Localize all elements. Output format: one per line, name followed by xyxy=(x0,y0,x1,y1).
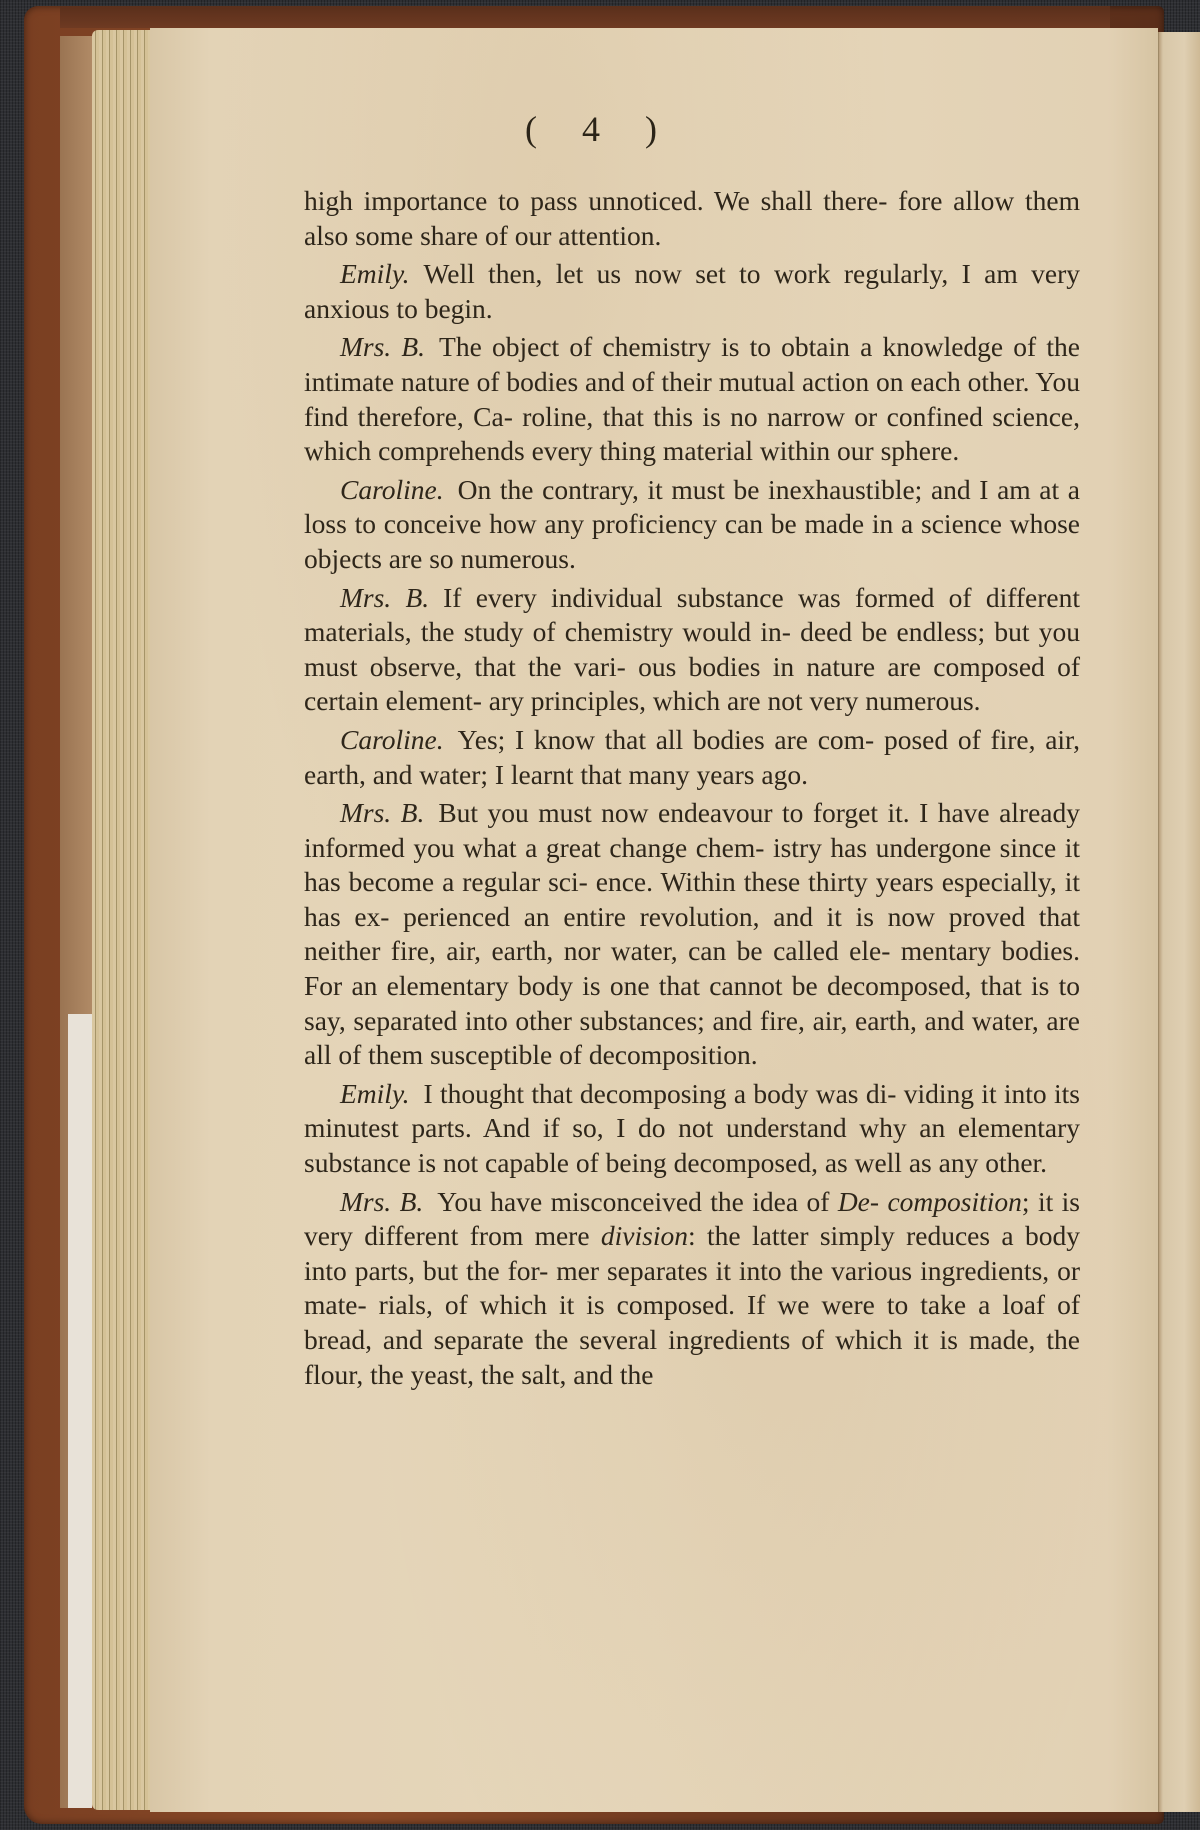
dialogue-paragraph: Caroline.On the contrary, it must be ine… xyxy=(304,473,1080,577)
speaker-label: Caroline. xyxy=(340,474,444,505)
speaker-label: Mrs. B. xyxy=(340,331,425,362)
paper-slip xyxy=(68,1014,92,1808)
speaker-label: Caroline. xyxy=(340,724,444,755)
dialogue-paragraph: Mrs. B.If every individual substance was… xyxy=(304,581,1080,719)
dialogue-paragraph: Mrs. B.You have misconceived the idea of… xyxy=(304,1185,1080,1393)
page-body: high importance to pass unnoticed. We sh… xyxy=(304,184,1080,1396)
book-cover-top-edge xyxy=(60,6,1110,28)
speaker-label: Mrs. B. xyxy=(340,797,424,828)
paragraph-text: I thought that decomposing a body was di… xyxy=(304,1078,1080,1178)
speaker-label: Emily. xyxy=(340,1078,410,1109)
paragraph-text: high importance to pass unnoticed. We sh… xyxy=(304,185,1080,251)
dialogue-paragraph: Mrs. B.The object of chemistry is to obt… xyxy=(304,330,1080,468)
page-number: ( 4 ) xyxy=(0,108,1200,150)
paragraph-continuation: high importance to pass unnoticed. We sh… xyxy=(304,184,1080,253)
dialogue-paragraph: Mrs. B.But you must now endeavour to for… xyxy=(304,796,1080,1073)
paragraph-text: Well then, let us now set to work regula… xyxy=(304,258,1080,324)
dialogue-paragraph: Emily.Well then, let us now set to work … xyxy=(304,257,1080,326)
dialogue-paragraph: Caroline.Yes; I know that all bodies are… xyxy=(304,723,1080,792)
speaker-label: Emily. xyxy=(340,258,410,289)
speaker-label: Mrs. B. xyxy=(340,582,429,613)
dialogue-paragraph: Emily.I thought that decomposing a body … xyxy=(304,1077,1080,1181)
paragraph-text: But you must now endeavour to forget it.… xyxy=(304,797,1080,1070)
speaker-label: Mrs. B. xyxy=(340,1186,423,1217)
paragraph-text: You have misconceived the idea of xyxy=(437,1186,829,1217)
adjacent-page-edge xyxy=(1158,32,1200,1812)
italic-term-division: division xyxy=(601,1220,688,1251)
italic-term-decomposition: De- composition xyxy=(838,1186,1022,1217)
